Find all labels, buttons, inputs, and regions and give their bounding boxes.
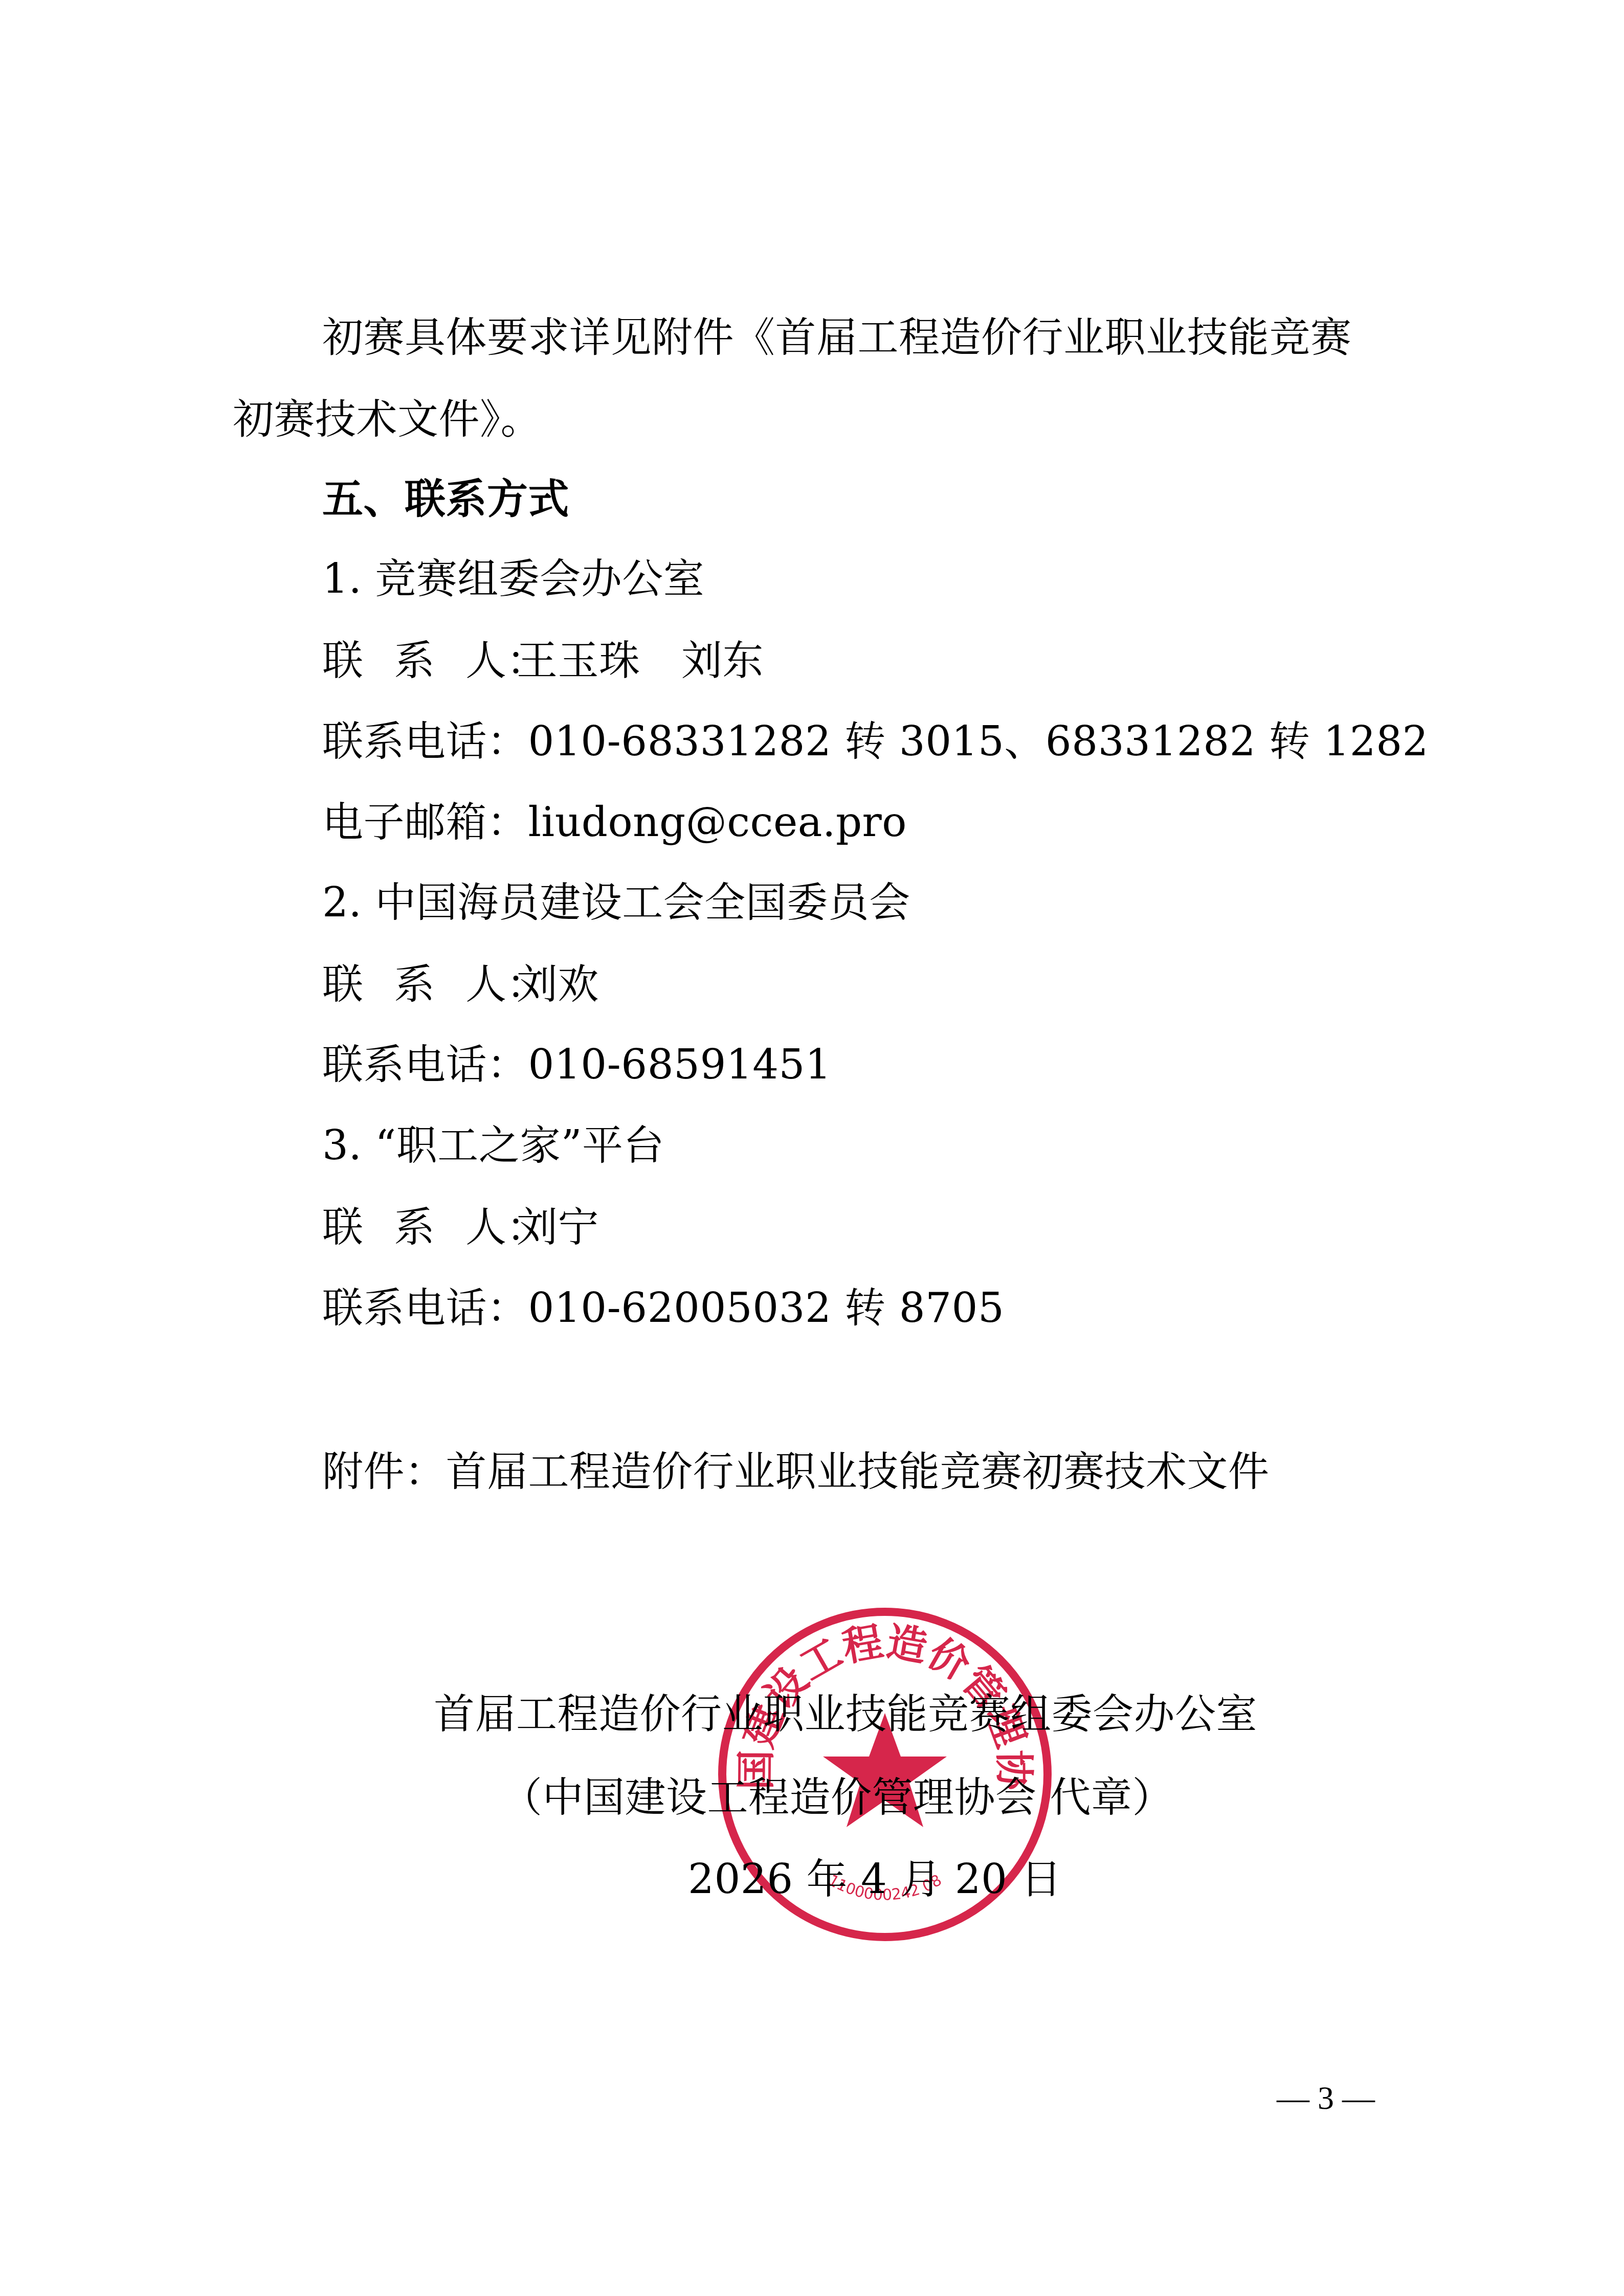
contact-3-phone-value: 010-62005032 转 8705 bbox=[528, 1284, 1005, 1332]
paragraph-line-1: 初赛具体要求详见附件《首届工程造价行业职业技能竞赛 bbox=[322, 312, 1352, 363]
contact-2-phone-label: 联系电话： bbox=[322, 1041, 528, 1088]
contact-3-person-value: 刘宁 bbox=[517, 1203, 599, 1251]
contact-1-email: 电子邮箱：liudong@ccea.pro bbox=[322, 797, 907, 848]
paragraph-line-2: 初赛技术文件》。 bbox=[233, 394, 542, 445]
contact-1-email-value[interactable]: liudong@ccea.pro bbox=[528, 798, 907, 846]
contact-1-person-value: 王玉珠 刘东 bbox=[517, 637, 764, 684]
signature-org: 首届工程造价行业职业技能竞赛组委会办公室 bbox=[434, 1689, 1257, 1740]
section-heading-contact: 五、联系方式 bbox=[322, 473, 569, 524]
contact-3-person: 联系人：刘宁 bbox=[322, 1202, 599, 1253]
page-number: — 3 — bbox=[1277, 2075, 1375, 2121]
contact-2-person: 联系人：刘欢 bbox=[322, 959, 599, 1010]
contact-person-label: 联系人： bbox=[322, 1202, 517, 1253]
contact-person-label: 联系人： bbox=[322, 635, 517, 686]
document-page: 初赛具体要求详见附件《首届工程造价行业职业技能竞赛 初赛技术文件》。 五、联系方… bbox=[0, 0, 1624, 2296]
contact-1-phone-label: 联系电话： bbox=[322, 717, 528, 765]
attachment-line: 附件：首届工程造价行业职业技能竞赛初赛技术文件 bbox=[322, 1446, 1270, 1497]
contact-1-person: 联系人：王玉珠 刘东 bbox=[322, 635, 764, 686]
contact-1-email-label: 电子邮箱： bbox=[322, 798, 528, 846]
contact-2-phone: 联系电话：010-68591451 bbox=[322, 1039, 831, 1090]
contact-1-phone: 联系电话：010-68331282 转 3015、68331282 转 1282 bbox=[322, 716, 1429, 767]
contact-3-phone-label: 联系电话： bbox=[322, 1284, 528, 1332]
contact-2-person-value: 刘欢 bbox=[517, 960, 599, 1008]
contact-3-title: 3. “职工之家”平台 bbox=[322, 1120, 664, 1171]
contact-1-title: 1. 竞赛组委会办公室 bbox=[322, 553, 704, 604]
signature-proxy: （中国建设工程造价管理协会 代章） bbox=[501, 1772, 1173, 1823]
contact-2-phone-value: 010-68591451 bbox=[528, 1041, 832, 1088]
contact-1-phone-value: 010-68331282 转 3015、68331282 转 1282 bbox=[528, 717, 1429, 765]
contact-3-phone: 联系电话：010-62005032 转 8705 bbox=[322, 1282, 1004, 1334]
signature-date: 2026 年 4 月 20 日 bbox=[688, 1854, 1062, 1905]
contact-2-title: 2. 中国海员建设工会全国委员会 bbox=[322, 877, 910, 928]
contact-person-label: 联系人： bbox=[322, 959, 517, 1010]
